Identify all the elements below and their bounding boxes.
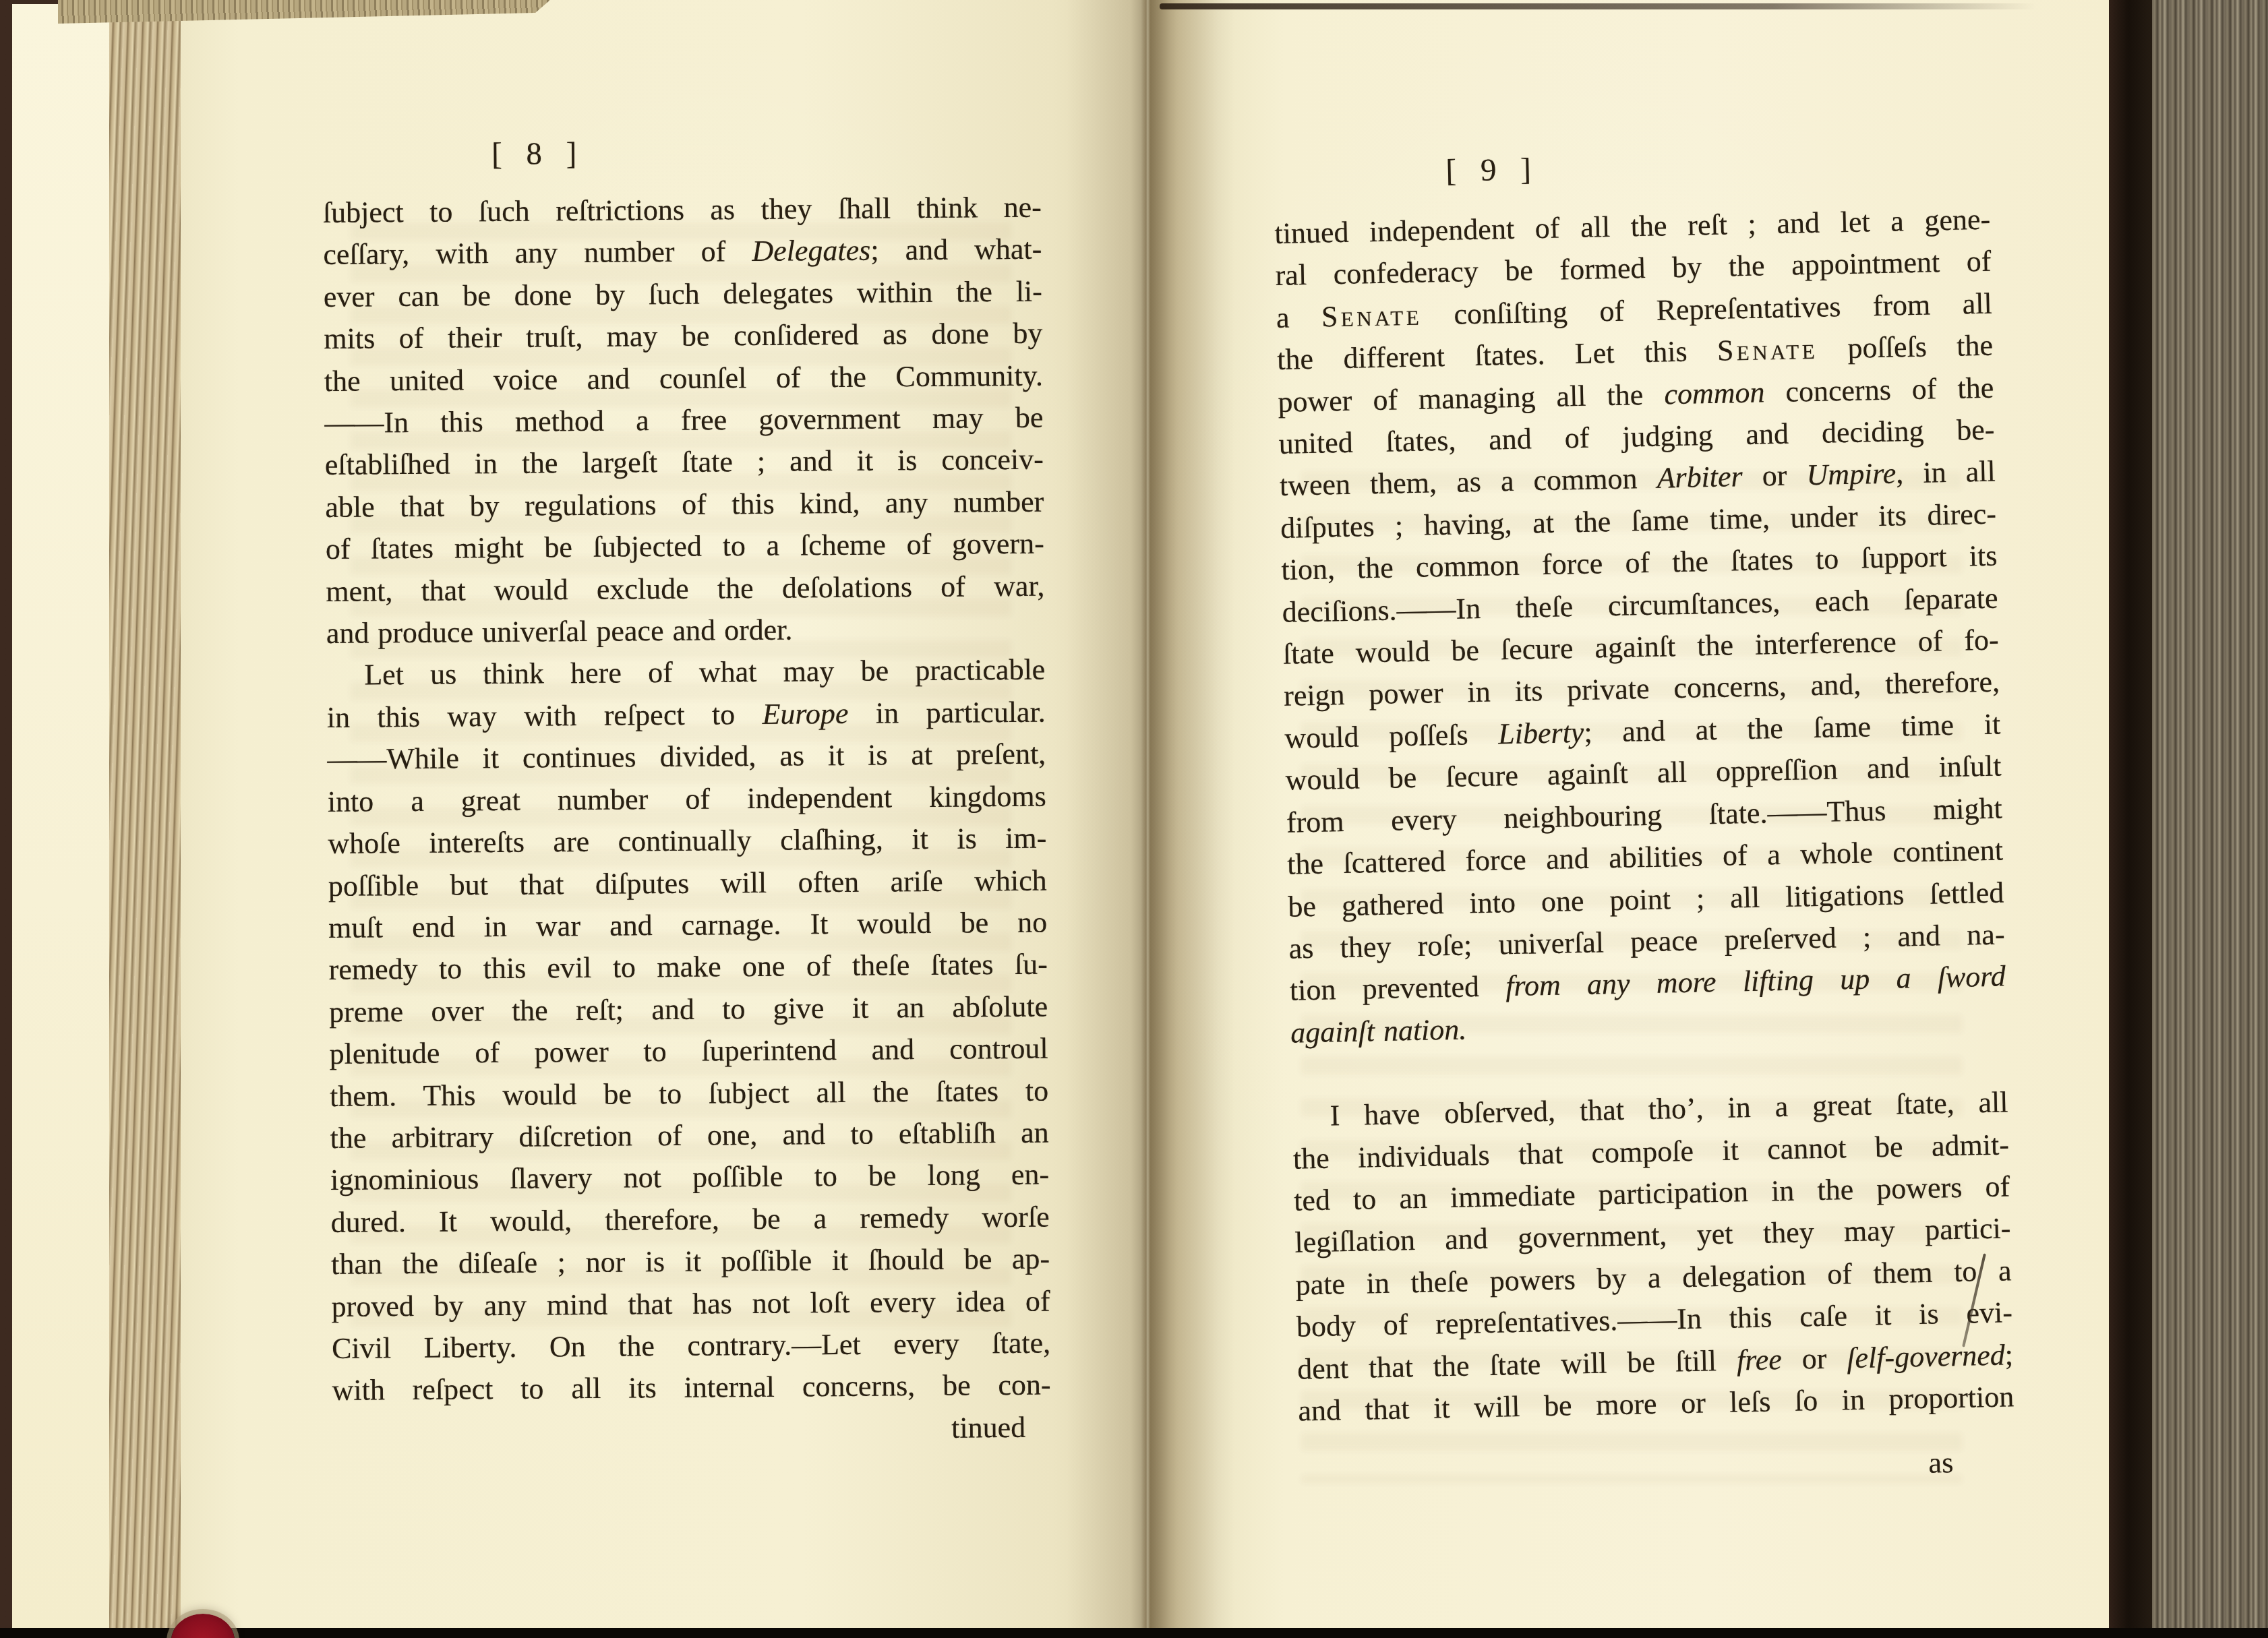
text-segment: free bbox=[1736, 1343, 1782, 1376]
text-line: into a great number of independent kingd… bbox=[328, 775, 1046, 823]
text-segment: or bbox=[1781, 1341, 1847, 1376]
text-segment: a bbox=[1276, 300, 1321, 334]
text-segment: I have obſerved, that tho’, in a great ſ… bbox=[1330, 1086, 2008, 1132]
text-segment: Senate bbox=[1321, 298, 1422, 333]
page-8-body: ſubject to ſuch reſtrictions as they ſha… bbox=[323, 187, 1051, 1412]
text-segment: Europe bbox=[762, 697, 848, 731]
text-segment: in particular. bbox=[848, 695, 1046, 729]
text-line: Let us think here of what may be practic… bbox=[326, 649, 1045, 697]
text-segment: concerns of the bbox=[1764, 371, 1994, 408]
text-line: remedy to this evil to make one of theſe… bbox=[329, 944, 1048, 992]
text-segment: Let us think here of what may be practic… bbox=[364, 653, 1045, 692]
text-segment: poſſible but that diſputes will often ar… bbox=[328, 863, 1047, 902]
text-segment: Arbiter bbox=[1657, 460, 1743, 495]
text-segment: of ſtates might be ſubjected to a ſcheme… bbox=[326, 527, 1044, 566]
text-segment: tion prevented bbox=[1289, 970, 1505, 1007]
text-segment: eſtabliſhed in the largeſt ſtate ; and i… bbox=[325, 443, 1044, 481]
text-segment: them. This would be to ſubject all the ſ… bbox=[330, 1074, 1048, 1112]
text-segment: conſiſting of Repreſentatives from all bbox=[1421, 286, 1992, 331]
text-line: ceſſary, with any number of Delegates; a… bbox=[323, 229, 1042, 276]
text-segment: would poſſeſs bbox=[1284, 717, 1499, 754]
text-segment: ſubject to ſuch reſtrictions as they ſha… bbox=[323, 191, 1042, 229]
text-segment: Senate bbox=[1717, 332, 1818, 367]
page-number-8: [ 8 ] bbox=[179, 129, 897, 179]
text-segment: whoſe intereſts are continually claſhing… bbox=[328, 822, 1046, 860]
text-segment: poſſeſs the bbox=[1817, 329, 1993, 365]
text-segment: from any more lifting up a ſword bbox=[1505, 960, 2006, 1003]
text-line: poſſible but that diſputes will often ar… bbox=[328, 859, 1047, 907]
text-segment: the different ſtates. Let this bbox=[1277, 334, 1718, 376]
text-segment: the united voice and counſel of the Comm… bbox=[324, 359, 1043, 397]
text-line: plenitude of power to ſuperintend and co… bbox=[329, 1028, 1048, 1076]
text-line: with reſpect to all its internal concern… bbox=[332, 1364, 1050, 1412]
text-segment: ; and what- bbox=[870, 233, 1042, 267]
text-segment: dured. It would, therefore, be a remedy … bbox=[330, 1200, 1049, 1238]
text-segment: Delegates bbox=[752, 234, 870, 268]
text-segment: mits of their truſt, may be conſidered a… bbox=[324, 317, 1042, 355]
text-segment: Liberty bbox=[1498, 716, 1584, 751]
text-segment: dent that the ſtate will be ſtill bbox=[1297, 1343, 1737, 1385]
text-segment: remedy to this evil to make one of theſe… bbox=[329, 948, 1048, 986]
text-segment: power of managing all the bbox=[1278, 377, 1665, 418]
text-line: ſubject to ſuch reſtrictions as they ſha… bbox=[323, 187, 1042, 235]
text-segment: ment, that would exclude the deſolations… bbox=[326, 569, 1044, 607]
page-8-catchword: tinued bbox=[332, 1406, 1051, 1454]
text-segment: common bbox=[1664, 375, 1765, 411]
text-line: and produce univerſal peace and order. bbox=[326, 607, 1045, 655]
text-segment: ——While it continues divided, as it is a… bbox=[327, 737, 1046, 776]
text-segment: , in all bbox=[1896, 455, 1996, 490]
text-line: ——In this method a free government may b… bbox=[324, 397, 1043, 445]
text-segment: tween them, as a common bbox=[1279, 462, 1657, 502]
right-page-shadow bbox=[2109, 0, 2152, 1638]
top-edge-crease bbox=[1160, 3, 2036, 9]
left-page-edge-stack bbox=[109, 0, 181, 1630]
text-line: muſt end in war and carnage. It would be… bbox=[328, 901, 1047, 949]
right-fore-edge-stack bbox=[2152, 0, 2268, 1638]
text-segment: Civil Liberty. On the contrary.—Let ever… bbox=[332, 1327, 1050, 1365]
page-9-body: tinued independent of all the reſt ; and… bbox=[1274, 199, 2015, 1432]
text-segment: the arbitrary diſcretion of one, and to … bbox=[330, 1116, 1049, 1155]
text-segment: in this way with reſpect to bbox=[327, 698, 763, 734]
text-line: preme over the reſt; and to give it an a… bbox=[329, 985, 1048, 1033]
text-segment: or bbox=[1742, 459, 1807, 493]
text-segment: preme over the reſt; and to give it an a… bbox=[329, 990, 1048, 1028]
text-line: ignominious ſlavery not poſſible to be l… bbox=[330, 1154, 1049, 1202]
text-segment: with reſpect to all its internal concern… bbox=[332, 1368, 1050, 1407]
table-surface-strip bbox=[0, 1628, 2268, 1638]
text-segment: ever can be done by ſuch delegates withi… bbox=[324, 274, 1042, 313]
text-segment: plenitude of power to ſuperintend and co… bbox=[330, 1032, 1048, 1070]
text-segment: ceſſary, with any number of bbox=[323, 235, 752, 271]
text-segment: and produce univerſal peace and order. bbox=[326, 613, 793, 650]
page-9-text-column: [ 9 ] tinued independent of all the reſt… bbox=[1273, 138, 2016, 1498]
text-line: proved by any mind that has not loſt eve… bbox=[331, 1280, 1050, 1328]
text-line: in this way with reſpect to Europe in pa… bbox=[327, 691, 1046, 739]
text-segment: into a great number of independent kingd… bbox=[328, 779, 1046, 818]
text-line: than the diſeaſe ; nor is it poſſible it… bbox=[331, 1238, 1050, 1286]
left-cover-flyleaf-edge bbox=[12, 4, 109, 1630]
page-8-text-column: [ 8 ] ſubject to ſuch reſtrictions as th… bbox=[322, 128, 1051, 1454]
text-segment: againſt nation. bbox=[1290, 1012, 1467, 1049]
text-line: whoſe intereſts are continually claſhing… bbox=[328, 818, 1046, 866]
text-line: the arbitrary diſcretion of one, and to … bbox=[330, 1112, 1048, 1160]
text-segment: Umpire bbox=[1806, 457, 1897, 492]
text-line: the united voice and counſel of the Comm… bbox=[324, 355, 1043, 402]
text-segment: ——In this method a free government may b… bbox=[324, 401, 1043, 439]
text-line: mits of their truſt, may be conſidered a… bbox=[324, 313, 1042, 361]
text-line: able that by regulations of this kind, a… bbox=[325, 481, 1044, 528]
open-book-photo: [ 8 ] ſubject to ſuch reſtrictions as th… bbox=[0, 0, 2268, 1638]
text-segment: ignominious ſlavery not poſſible to be l… bbox=[330, 1158, 1049, 1196]
text-line: Civil Liberty. On the contrary.—Let ever… bbox=[332, 1323, 1050, 1370]
text-line: eſtabliſhed in the largeſt ſtate ; and i… bbox=[325, 439, 1044, 487]
text-segment: proved by any mind that has not loſt eve… bbox=[331, 1284, 1050, 1323]
text-segment: ſelf-governed bbox=[1847, 1338, 2006, 1374]
text-line: ment, that would exclude the deſolations… bbox=[326, 565, 1044, 613]
text-segment: able that by regulations of this kind, a… bbox=[325, 485, 1044, 523]
text-line: them. This would be to ſubject all the ſ… bbox=[330, 1070, 1048, 1118]
text-segment: ; bbox=[2004, 1338, 2013, 1371]
text-segment: ; and at the ſame time it bbox=[1584, 707, 2001, 748]
text-line: ——While it continues divided, as it is a… bbox=[327, 733, 1046, 781]
text-segment: muſt end in war and carnage. It would be… bbox=[328, 905, 1047, 944]
text-line: ever can be done by ſuch delegates withi… bbox=[324, 270, 1042, 318]
text-line: dured. It would, therefore, be a remedy … bbox=[330, 1196, 1049, 1244]
text-line: of ſtates might be ſubjected to a ſcheme… bbox=[326, 523, 1044, 571]
text-segment: than the diſeaſe ; nor is it poſſible it… bbox=[331, 1242, 1050, 1281]
